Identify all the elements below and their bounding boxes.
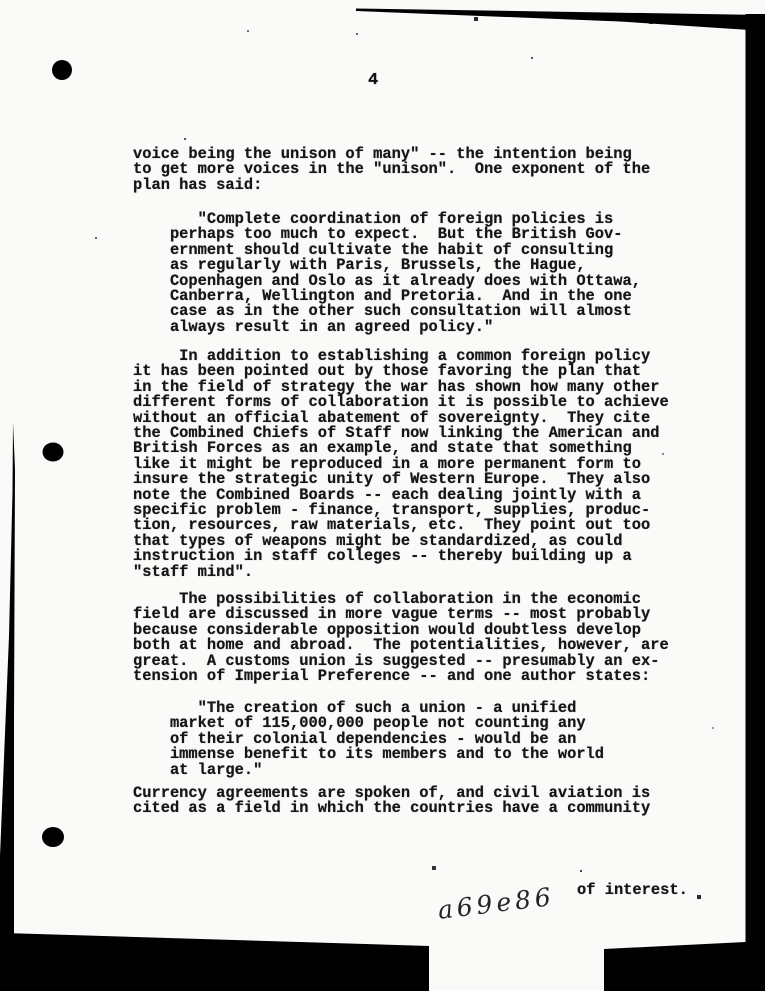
left-edge-strip (0, 422, 15, 991)
bottom-left-block (4, 933, 429, 991)
paragraph-4: Currency agreements are spoken of, and c… (133, 786, 650, 817)
block-quote-2: "The creation of such a union - a unifie… (133, 701, 604, 778)
page-number: 4 (368, 71, 378, 90)
paragraph-3: The possibilities of collaboration in th… (133, 592, 669, 684)
block-quote-1: "Complete coordination of foreign polici… (133, 212, 641, 335)
right-edge-strip (746, 14, 765, 954)
hole-punch-middle (43, 443, 64, 462)
paragraph-2: In addition to establishing a common for… (133, 349, 669, 580)
hole-punch-top (52, 60, 72, 80)
paragraph-1: voice being the unison of many" -- the i… (133, 147, 650, 193)
scanned-document-page: 4 voice being the unison of many" -- the… (0, 0, 765, 991)
scan-noise-specks (0, 0, 2, 2)
top-edge-shadow (356, 9, 765, 32)
bottom-right-block (604, 941, 765, 991)
handwritten-annotation: a69e86 (436, 882, 556, 925)
hole-punch-bottom (42, 827, 64, 847)
continuation-text: of interest. (577, 883, 688, 898)
